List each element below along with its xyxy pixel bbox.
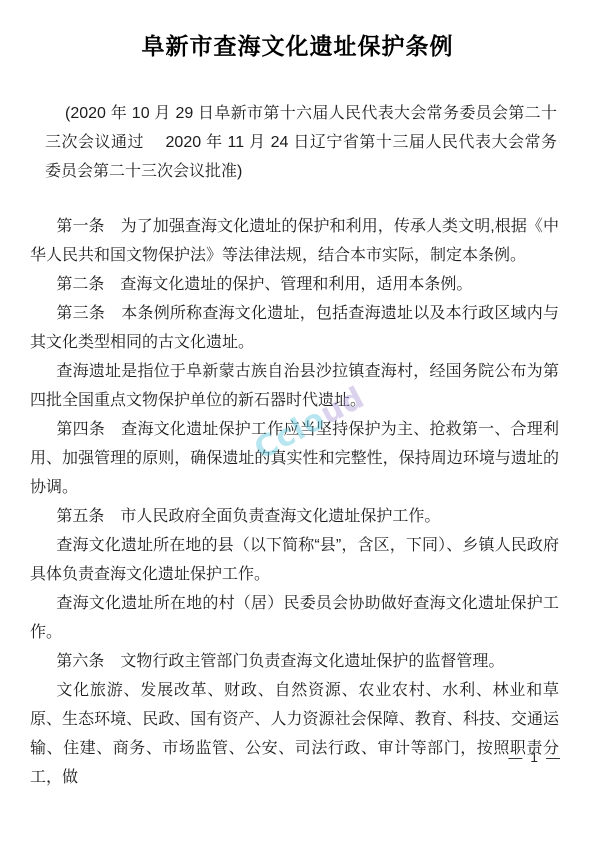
article-paragraph: 第一条 为了加强查海文化遗址的保护和利用，传承人类文明,根据《中华人民共和国文物… (30, 212, 559, 270)
document-page: 阜新市查海文化遗址保护条例 (2020 年 10 月 29 日阜新市第十六届人民… (0, 0, 595, 841)
document-title: 阜新市查海文化遗址保护条例 (0, 0, 595, 63)
article-paragraph: 第三条 本条例所称查海文化遗址，包括查海遗址以及本行政区域内与其文化类型相同的古… (30, 299, 559, 357)
article-paragraph: 第六条 文物行政主管部门负责查海文化遗址保护的监督管理。 (30, 647, 559, 676)
document-body: 第一条 为了加强查海文化遗址的保护和利用，传承人类文明,根据《中华人民共和国文物… (30, 212, 559, 792)
article-paragraph: 文化旅游、发展改革、财政、自然资源、农业农村、水利、林业和草原、生态环境、民政、… (30, 676, 559, 792)
article-paragraph: 查海文化遗址所在地的村（居）民委员会协助做好查海文化遗址保护工作。 (30, 589, 559, 647)
article-paragraph: 查海文化遗址所在地的县（以下简称“县”，含区，下同）、乡镇人民政府具体负责查海文… (30, 531, 559, 589)
adoption-approval-note: (2020 年 10 月 29 日阜新市第十六届人民代表大会常务委员会第二十三次… (45, 99, 557, 186)
article-paragraph: 第二条 查海文化遗址的保护、管理和利用，适用本条例。 (30, 270, 559, 299)
article-paragraph: 第五条 市人民政府全面负责查海文化遗址保护工作。 (30, 502, 559, 531)
page-number: — 1 — (508, 749, 562, 765)
article-paragraph: 第四条 查海文化遗址保护工作应当坚持保护为主、抢救第一、合理利用、加强管理的原则… (30, 415, 559, 502)
article-paragraph: 查海遗址是指位于阜新蒙古族自治县沙拉镇查海村，经国务院公布为第四批全国重点文物保… (30, 357, 559, 415)
